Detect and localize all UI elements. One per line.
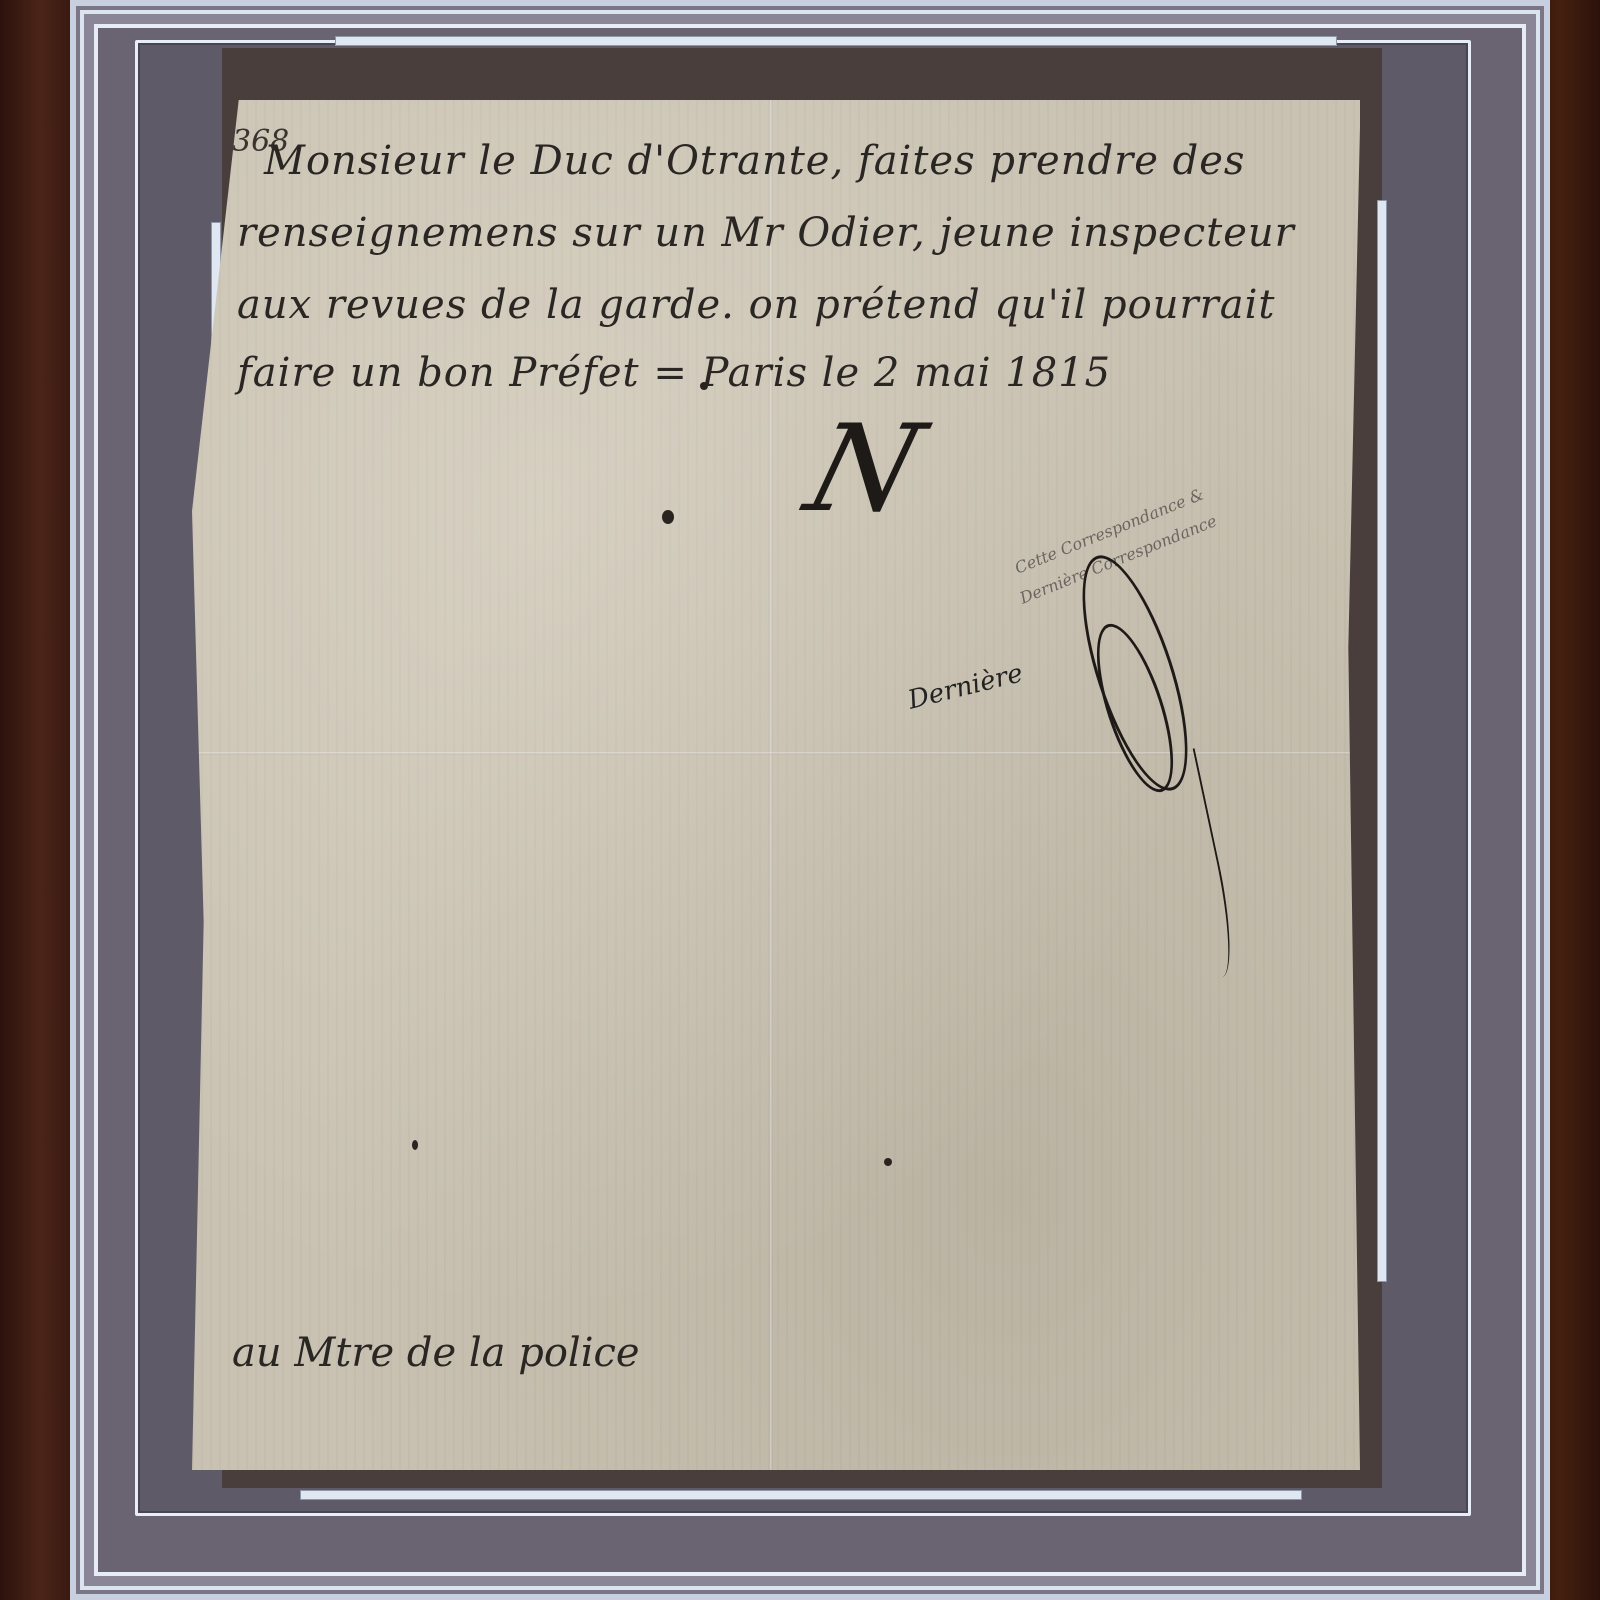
ink-spot	[662, 510, 674, 524]
letter-line-3: aux revues de la garde. on prétend qu'il…	[237, 282, 1275, 328]
letter-line-2: renseignemens sur un Mr Odier, jeune ins…	[237, 210, 1295, 256]
ink-spot	[884, 1158, 892, 1166]
holder-rail-top	[335, 36, 1337, 46]
holder-rail-bottom	[300, 1490, 1302, 1500]
signature: N	[793, 400, 935, 539]
paraph-tail	[1154, 748, 1243, 982]
ink-spot	[412, 1140, 418, 1150]
address-line: au Mtre de la police	[232, 1330, 640, 1376]
ink-spot	[700, 382, 708, 390]
letter-line-1: Monsieur le Duc d'Otrante, faites prendr…	[264, 138, 1245, 184]
reference-word: Dernière	[905, 658, 1026, 715]
holder-rail-right	[1377, 200, 1387, 1282]
letter-line-4: faire un bon Préfet = Paris le 2 mai 181…	[237, 350, 1111, 396]
letter-paper: 368 Monsieur le Duc d'Otrante, faites pr…	[192, 100, 1360, 1470]
